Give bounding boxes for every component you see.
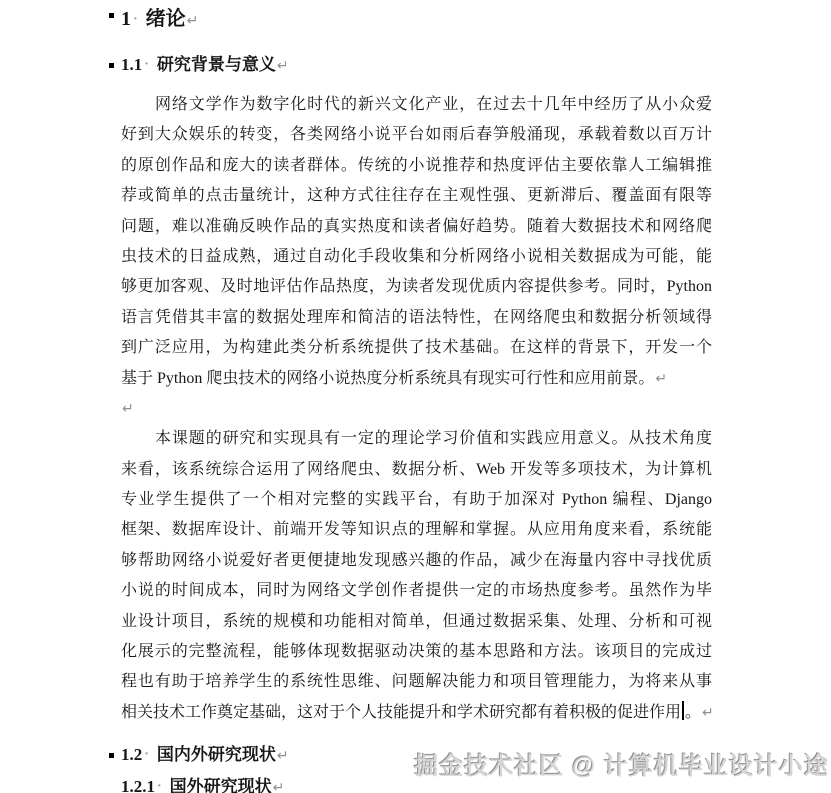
text-line[interactable]: 来看，该系统综合运用了网络爬虫、数据分析、Web 开发等多项技术，为计算机 xyxy=(121,455,712,485)
space-mark-icon: · xyxy=(157,779,162,793)
text-line[interactable]: 框架、数据库设计、前端开发等知识点的理解和掌握。从应用角度来看，系统能 xyxy=(121,515,712,545)
text-line[interactable]: 化展示的完整流程，能够体现数据驱动决策的基本思路和方法。该项目的完成过 xyxy=(121,637,712,667)
text-cursor xyxy=(682,701,684,720)
heading-number: 1.2.1 xyxy=(121,777,155,793)
heading-chapter-1[interactable]: 1·绪论↵ xyxy=(121,6,712,32)
heading-number: 1 xyxy=(121,8,131,30)
paragraph-2: 本课题的研究和实现具有一定的理论学习价值和实践应用意义。从技术角度 来看，该系统… xyxy=(121,424,712,728)
document-page: 1·绪论↵ 1.1·研究背景与意义↵ 网络文学作为数字化时代的新兴文化产业，在过… xyxy=(0,0,831,793)
text-line[interactable]: 小说的时间成本，同时为网络文学创作者提供一定的市场热度参考。虽然作为毕 xyxy=(121,576,712,606)
heading-number: 1.2 xyxy=(121,745,142,764)
paragraph-mark-icon: ↵ xyxy=(277,748,289,764)
text-line[interactable]: 本课题的研究和实现具有一定的理论学习价值和实践应用意义。从技术角度 xyxy=(121,424,712,454)
text-line[interactable]: 专业学生提供了一个相对完整的实践平台，有助于加深对 Python 编程、Djan… xyxy=(121,485,712,515)
paragraph-mark-icon: ↵ xyxy=(702,705,712,721)
paragraph-1: 网络文学作为数字化时代的新兴文化产业，在过去十几年中经历了从小众爱 好到大众娱乐… xyxy=(121,90,712,394)
heading-title: 国内外研究现状 xyxy=(157,745,276,764)
text-line[interactable]: 基于 Python 爬虫技术的网络小说热度分析系统具有现实可行性和应用前景。↵ xyxy=(121,364,712,394)
text-line[interactable]: 网络文学作为数字化时代的新兴文化产业，在过去十几年中经历了从小众爱 xyxy=(121,90,712,120)
text-line[interactable]: 够帮助网络小说爱好者更便捷地发现感兴趣的作品，减少在海量内容中寻找优质 xyxy=(121,546,712,576)
space-mark-icon: · xyxy=(133,12,138,27)
watermark: 掘金技术社区 @ 计算机毕业设计小途 xyxy=(414,746,829,781)
text-line[interactable]: 的原创作品和庞大的读者群体。传统的小说推荐和热度评估主要依靠人工编辑推 xyxy=(121,151,712,181)
text-run: 。 xyxy=(685,704,701,721)
text-line[interactable]: 够更加客观、及时地评估作品热度，为读者发现优质内容提供参考。同时，Python xyxy=(121,272,712,302)
text-line[interactable]: 程也有助于培养学生的系统性思维、问题解决能力和项目管理能力，为将来从事 xyxy=(121,667,712,697)
space-mark-icon: · xyxy=(144,747,149,762)
outline-square-icon xyxy=(109,63,114,68)
text-line[interactable]: 荐或简单的点击量统计，这种方式往往存在主观性强、更新滞后、覆盖面有限等 xyxy=(121,181,712,211)
heading-number: 1.1 xyxy=(121,55,142,74)
text-line[interactable]: 虫技术的日益成熟，通过自动化手段收集和分析网络小说相关数据成为可能，能 xyxy=(121,242,712,272)
heading-title: 研究背景与意义 xyxy=(157,55,276,74)
heading-section-1-1[interactable]: 1.1·研究背景与意义↵ xyxy=(121,53,712,77)
paragraph-mark-icon: ↵ xyxy=(122,401,134,417)
text-line[interactable]: 业设计项目，系统的规模和功能相对简单，但通过数据采集、处理、分析和可视 xyxy=(121,607,712,637)
paragraph-mark-icon: ↵ xyxy=(273,780,285,793)
heading-title: 绪论 xyxy=(146,8,186,30)
empty-paragraph[interactable]: ↵ xyxy=(121,394,712,424)
text-line[interactable]: 语言凭借其丰富的数据处理库和简洁的语法特性，在网络爬虫和数据分析领域得 xyxy=(121,303,712,333)
heading-title: 国外研究现状 xyxy=(170,777,272,793)
paragraph-mark-icon: ↵ xyxy=(187,13,199,29)
text-line[interactable]: 到广泛应用，为构建此类分析系统提供了技术基础。在这样的背景下，开发一个 xyxy=(121,333,712,363)
paragraph-mark-icon: ↵ xyxy=(277,58,289,74)
space-mark-icon: · xyxy=(144,57,149,72)
text-run: 相关技术工作奠定基础，这对于个人技能提升和学术研究都有着积极的促进作用 xyxy=(121,704,681,721)
paragraph-mark-icon: ↵ xyxy=(655,371,667,387)
outline-square-icon xyxy=(109,13,114,18)
text-line[interactable]: 问题，难以准确反映作品的真实热度和读者偏好趋势。随着大数据技术和网络爬 xyxy=(121,212,712,242)
text-line[interactable]: 好到大众娱乐的转变，各类网络小说平台如雨后春笋般涌现，承载着数以百万计 xyxy=(121,120,712,150)
text-run: 基于 Python 爬虫技术的网络小说热度分析系统具有现实可行性和应用前景。 xyxy=(121,370,654,387)
text-line[interactable]: 相关技术工作奠定基础，这对于个人技能提升和学术研究都有着积极的促进作用。↵ xyxy=(121,698,712,728)
outline-square-icon xyxy=(109,753,114,758)
